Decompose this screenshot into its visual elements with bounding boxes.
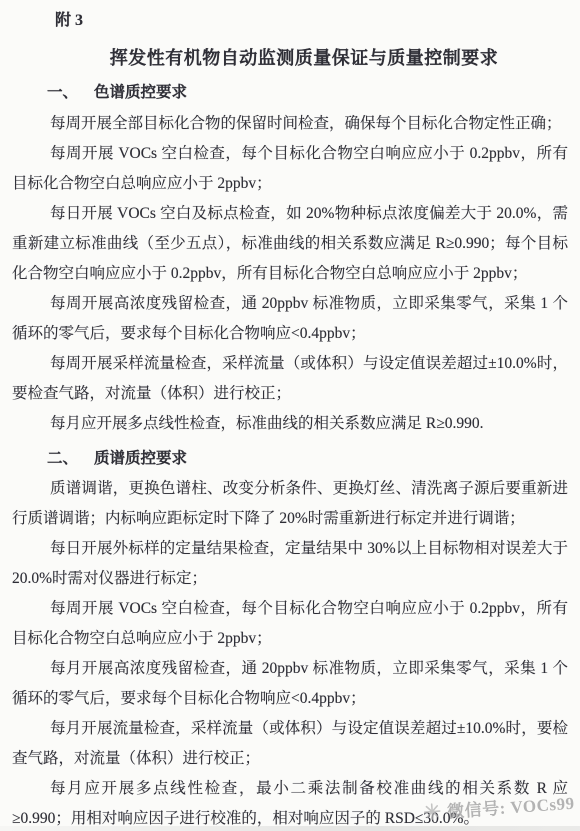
section-number-2: 二、	[47, 448, 78, 470]
paragraph: 每周开展采样流量检查，采样流量（或体积）与设定值误差超过±10.0%时，要检查气…	[12, 349, 568, 409]
paragraph: 每周开展 VOCs 空白检查，每个目标化合物空白响应应小于 0.2ppbv，所有…	[12, 594, 568, 654]
section-title-1: 色谱质控要求	[94, 84, 187, 101]
paragraph: 每周开展全部目标化合物的保留时间检查，确保每个目标化合物定性正确；	[12, 109, 568, 139]
paragraph: 每月应开展多点线性检查，标准曲线的相关系数应满足 R≥0.990.	[12, 409, 568, 439]
paragraph: 每月应开展多点线性检查，最小二乘法制备校准曲线的相关系数 R 应≥0.990；用…	[12, 774, 568, 831]
section-heading-2: 二、质谱质控要求	[12, 448, 568, 470]
attachment-label: 附 3	[55, 10, 568, 32]
section-body-1: 每周开展全部目标化合物的保留时间检查，确保每个目标化合物定性正确； 每周开展 V…	[12, 109, 568, 439]
section-number-1: 一、	[47, 82, 78, 104]
paragraph: 每月开展流量检查，采样流量（或体积）与设定值误差超过±10.0%时，要检查气路，…	[12, 714, 568, 774]
section-heading-1: 一、色谱质控要求	[12, 82, 568, 104]
paragraph: 每日开展 VOCs 空白及标点检查，如 20%物种标点浓度偏差大于 20.0%，…	[12, 199, 568, 289]
scan-edge-shadow	[0, 826, 580, 831]
paragraph: 质谱调谐，更换色谱柱、改变分析条件、更换灯丝、清洗离子源后要重新进行质谱调谐；内…	[12, 474, 568, 534]
section-body-2: 质谱调谐，更换色谱柱、改变分析条件、更换灯丝、清洗离子源后要重新进行质谱调谐；内…	[12, 474, 568, 831]
page-title: 挥发性有机物自动监测质量保证与质量控制要求	[12, 46, 568, 71]
paragraph: 每周开展 VOCs 空白检查，每个目标化合物空白响应应小于 0.2ppbv，所有…	[12, 139, 568, 199]
document-page: 附 3 挥发性有机物自动监测质量保证与质量控制要求 一、色谱质控要求 每周开展全…	[0, 0, 580, 831]
section-title-2: 质谱质控要求	[94, 450, 187, 467]
paragraph: 每周开展高浓度残留检查，通 20ppbv 标准物质，立即采集零气，采集 1 个循…	[12, 289, 568, 349]
document-content: 附 3 挥发性有机物自动监测质量保证与质量控制要求 一、色谱质控要求 每周开展全…	[0, 0, 580, 831]
paragraph: 每月开展高浓度残留检查，通 20ppbv 标准物质，立即采集零气，采集 1 个循…	[12, 654, 568, 714]
paragraph: 每日开展外标样的定量结果检查，定量结果中 30%以上目标物相对误差大于 20.0…	[12, 534, 568, 594]
